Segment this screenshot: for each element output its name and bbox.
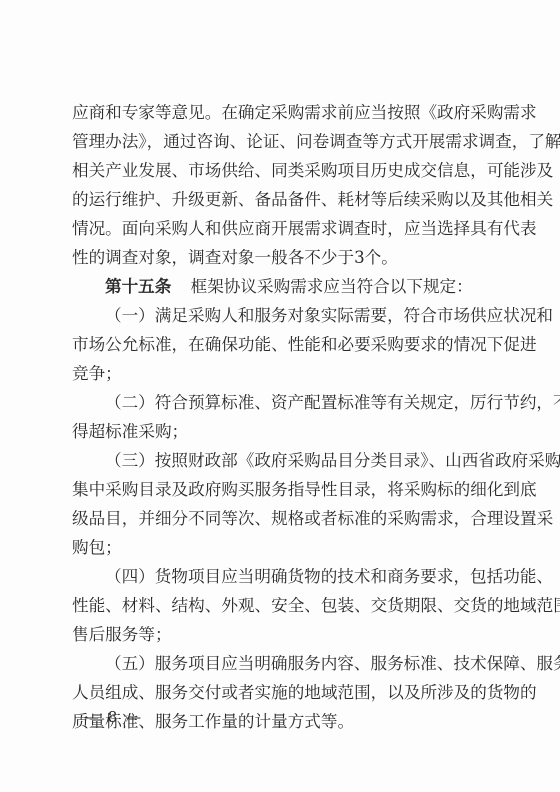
item-line: 级品目，并细分不同等次、规格或者标准的采购需求，合理设置采 (72, 504, 484, 533)
paragraph-line: 的运行维护、升级更新、备品备件、耗材等后续采购以及其他相关 (72, 185, 484, 214)
paragraph-line: 情况。面向采购人和供应商开展需求调查时，应当选择具有代表 (72, 214, 484, 243)
item-line: （三）按照财政部《政府采购品目分类目录》、山西省政府采购 (105, 446, 484, 475)
item-line: 人员组成、服务交付或者实施的地域范围，以及所涉及的货物的 (72, 678, 484, 707)
paragraph-line: 性的调查对象，调查对象一般各不少于3个。 (72, 243, 484, 272)
paragraph-line: 相关产业发展、市场供给、同类采购项目历史成交信息，可能涉及 (72, 156, 484, 185)
item-line: 集中采购目录及政府购买服务指导性目录，将采购标的细化到底 (72, 475, 484, 504)
item-line: 市场公允标准，在确保功能、性能和必要采购要求的情况下促进 (72, 330, 484, 359)
article-heading: 第十五条 框架协议采购需求应当符合以下规定： (105, 272, 484, 301)
paragraph-line: 管理办法》，通过咨询、论证、问卷调查等方式开展需求调查，了解 (72, 127, 484, 156)
paragraph-line: 应商和专家等意见。在确定采购需求前应当按照《政府采购需求 (72, 98, 484, 127)
article-text: 框架协议采购需求应当符合以下规定： (191, 277, 473, 296)
page-number: — 8 — (84, 708, 143, 726)
item-line: 竞争； (72, 359, 484, 388)
item-line: （五）服务项目应当明确服务内容、服务标准、技术保障、服务 (105, 649, 484, 678)
article-title: 第十五条 (105, 277, 171, 296)
item-line: 售后服务等； (72, 620, 484, 649)
item-line: 性能、材料、结构、外观、安全、包装、交货期限、交货的地域范围、 (72, 591, 484, 620)
document-page: 应商和专家等意见。在确定采购需求前应当按照《政府采购需求 管理办法》，通过咨询、… (0, 0, 560, 792)
item-line: 得超标准采购； (72, 417, 484, 446)
item-line: 购包； (72, 533, 484, 562)
item-line: （四）货物项目应当明确货物的技术和商务要求，包括功能、 (105, 562, 484, 591)
item-line: （一）满足采购人和服务对象实际需要，符合市场供应状况和 (105, 301, 484, 330)
item-line: （二）符合预算标准、资产配置标准等有关规定，厉行节约，不 (105, 388, 484, 417)
